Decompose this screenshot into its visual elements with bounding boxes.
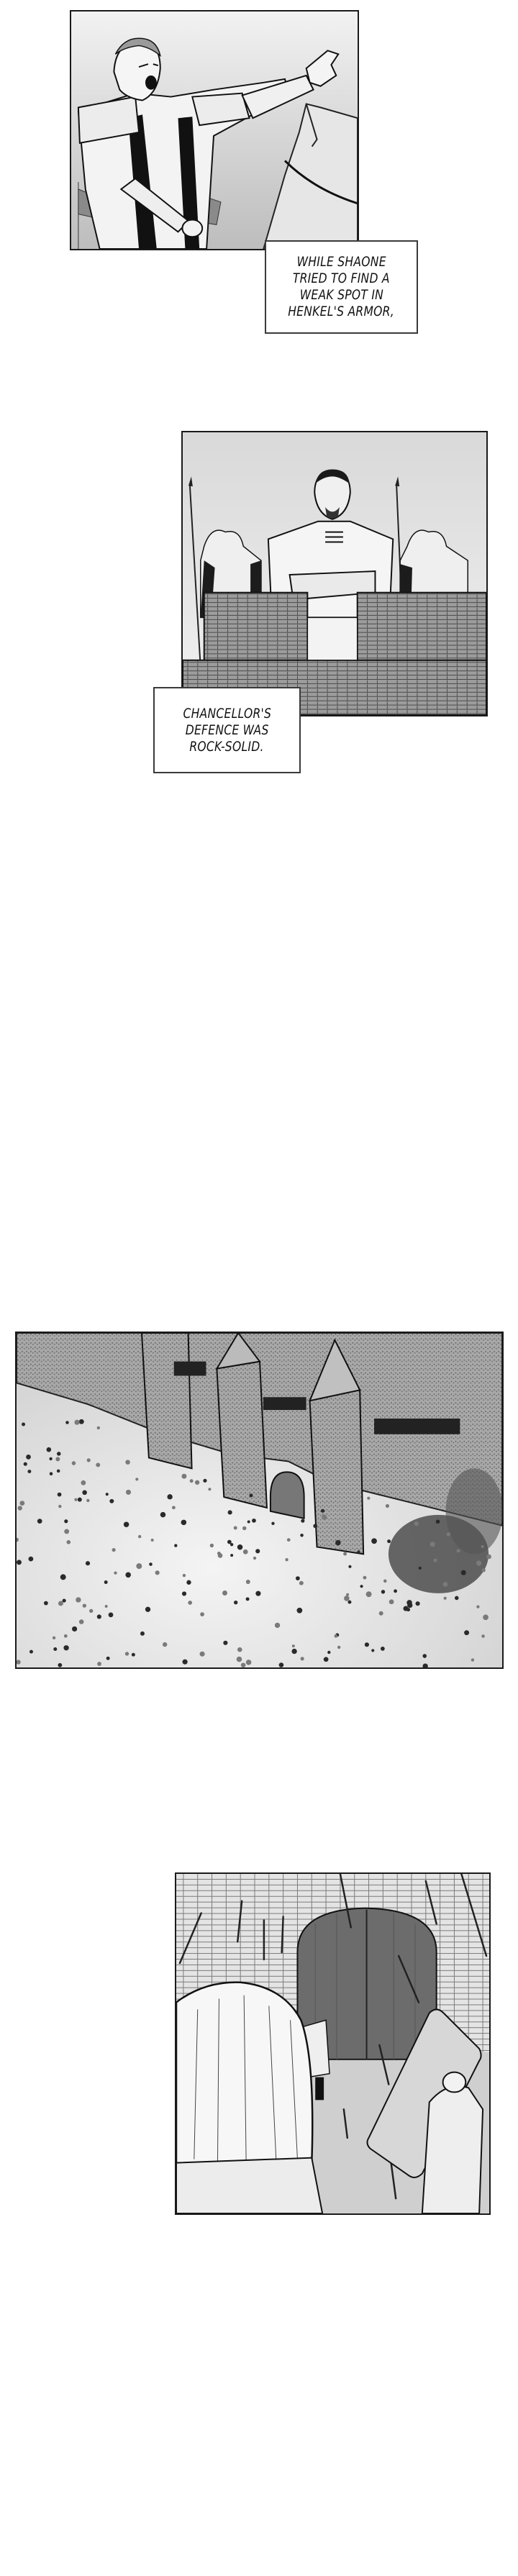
caption-text-line: CHANCELLOR'S [183, 706, 271, 722]
caption-text-line: TRIED TO FIND A [293, 270, 390, 287]
comic-panel-chancellor-defence [181, 431, 488, 716]
comic-panel-commander-pointing [70, 10, 359, 250]
caption-text-line: WHILE SHAONE [296, 254, 386, 270]
castle-siege-illustration [17, 1333, 502, 1667]
caption-text-line: WEAK SPOT IN [299, 287, 383, 304]
comic-panel-gate-assault [175, 1872, 491, 2215]
chancellor-illustration [183, 432, 486, 715]
caption-text-line: HENKEL'S ARMOR, [288, 304, 395, 320]
narration-caption: WHILE SHAONE TRIED TO FIND A WEAK SPOT I… [265, 240, 418, 334]
commander-illustration [71, 12, 358, 249]
gate-assault-illustration [176, 1874, 489, 2213]
narration-caption: CHANCELLOR'S DEFENCE WAS ROCK-SOLID. [153, 687, 301, 773]
caption-text-line: DEFENCE WAS [186, 722, 269, 739]
caption-text-line: ROCK-SOLID. [190, 739, 264, 755]
comic-panel-castle-siege [15, 1332, 504, 1669]
